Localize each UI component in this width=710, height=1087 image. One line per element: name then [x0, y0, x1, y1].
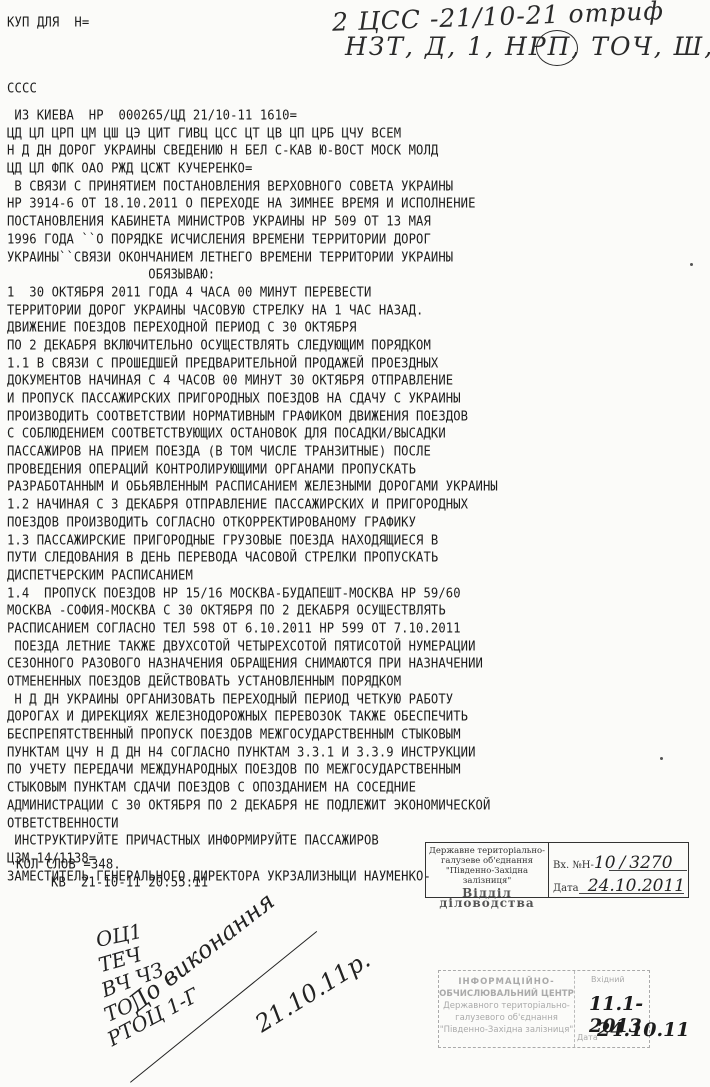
telegram-line: ПОЕЗДОВ ПРОИЗВОДИТЬ СОГЛАСНО ОТКОРРЕКТИР… [7, 513, 498, 533]
stamp-org-line: Державне територіально- [426, 846, 548, 856]
stamp-department: Відділ діловодства [426, 888, 548, 908]
word-count: КОЛ СЛОВ =348. [16, 856, 121, 872]
registration-stamp: Державне територіально- галузеве об'єдна… [425, 842, 689, 898]
telegram-line: 1.2 НАЧИНАЯ С 3 ДЕКАБРЯ ОТПРАВЛЕНИЕ ПАСС… [7, 495, 498, 515]
telegram-line: СТЫКОВЫМ ПУНКТАМ СДАЧИ ПОЕЗДОВ С ОПОЗДАН… [7, 778, 498, 798]
telegram-line: 1996 ГОДА ``О ПОРЯДКЕ ИСЧИСЛЕНИЯ ВРЕМЕНИ… [7, 230, 498, 250]
handwritten-routing-line2: НЗТ, Д, 1, НРП, ТОЧ, Ш, Е, М [345, 32, 710, 61]
stamp-line: Державного територіально- [439, 1000, 574, 1012]
transmission-timestamp: КВ 21-10-11 20:55:11 [36, 874, 208, 890]
stamp-handwritten-date: 24.10.11 [597, 1019, 690, 1041]
stamp-org-line: "Південно-Західна залізниця" [426, 866, 548, 886]
stamp-org-line: галузеве об'єднання [426, 856, 548, 866]
telegram-line: ИЗ КИЕВА НР 000265/ЦД 21/10-11 1610= [7, 106, 498, 126]
handwritten-circle-mark [536, 30, 578, 66]
telegram-line: АДМИНИСТРАЦИИ С 30 ОКТЯБРЯ ПО 2 ДЕКАБРЯ … [7, 796, 498, 816]
telegram-line: 1 30 ОКТЯБРЯ 2011 ГОДА 4 ЧАСА 00 МИНУТ П… [7, 283, 498, 303]
stamp-incoming-label: Вхідний [591, 975, 625, 984]
telegram-line: РАСПИСАНИЕМ СОГЛАСНО ТЕЛ 598 ОТ 6.10.201… [7, 619, 498, 639]
stamp-line: "Південно-Західна залізниця" [439, 1024, 574, 1036]
stamp-date-label: Дата [577, 1033, 598, 1042]
telegram-line: ПО 2 ДЕКАБРЯ ВКЛЮЧИТЕЛЬНО ОСУЩЕСТВЛЯТЬ С… [7, 336, 498, 356]
telegram-line: БЕСПРЕПЯТСТВЕННЫЙ ПРОПУСК ПОЕЗДОВ МЕЖГОС… [7, 725, 498, 745]
header-kup: КУП ДЛЯ Н= [7, 14, 89, 30]
telegram-line: ПАССАЖИРОВ НА ПРИЕМ ПОЕЗДА (В ТОМ ЧИСЛЕ … [7, 442, 498, 462]
telegram-line: ДИСПЕТЧЕРСКИМ РАСПИСАНИЕМ [7, 566, 498, 586]
header-cccc: СССС [7, 80, 37, 96]
telegram-line: ОТМЕНЕННЫХ ПОЕЗДОВ ДЕЙСТВОВАТЬ УСТАНОВЛЕ… [7, 672, 498, 692]
resolution-date: 21.10.11р. [250, 945, 375, 1038]
scan-speck [660, 757, 663, 760]
stamp-organization: Державне територіально- галузеве об'єдна… [426, 843, 549, 897]
telegram-line: И ПРОПУСК ПАССАЖИРСКИХ ПРИГОРОДНЫХ ПОЕЗД… [7, 389, 498, 409]
telegram-line: ПОСТАНОВЛЕНИЯ КАБИНЕТА МИНИСТРОВ УКРАИНЫ… [7, 212, 498, 232]
scan-speck [690, 263, 693, 266]
date-label: Дата [553, 883, 579, 894]
stamp-line: ІНФОРМАЦІЙНО- [439, 976, 574, 988]
telegram-body: ИЗ КИЕВА НР 000265/ЦД 21/10-11 1610=ЦД Ц… [7, 106, 498, 884]
stamp-line: галузевого об'єднання [439, 1012, 574, 1024]
stamp-line: ОБЧИСЛЮВАЛЬНИЙ ЦЕНТР [439, 988, 574, 1000]
info-center-stamp: ІНФОРМАЦІЙНО- ОБЧИСЛЮВАЛЬНИЙ ЦЕНТР Держа… [438, 970, 650, 1048]
telegram-line: ЦД ЦЛ ФПК ОАО РЖД ЦСЖТ КУЧЕРЕНКО= [7, 159, 498, 179]
incoming-number-label: Вх. №Н- [553, 860, 594, 871]
